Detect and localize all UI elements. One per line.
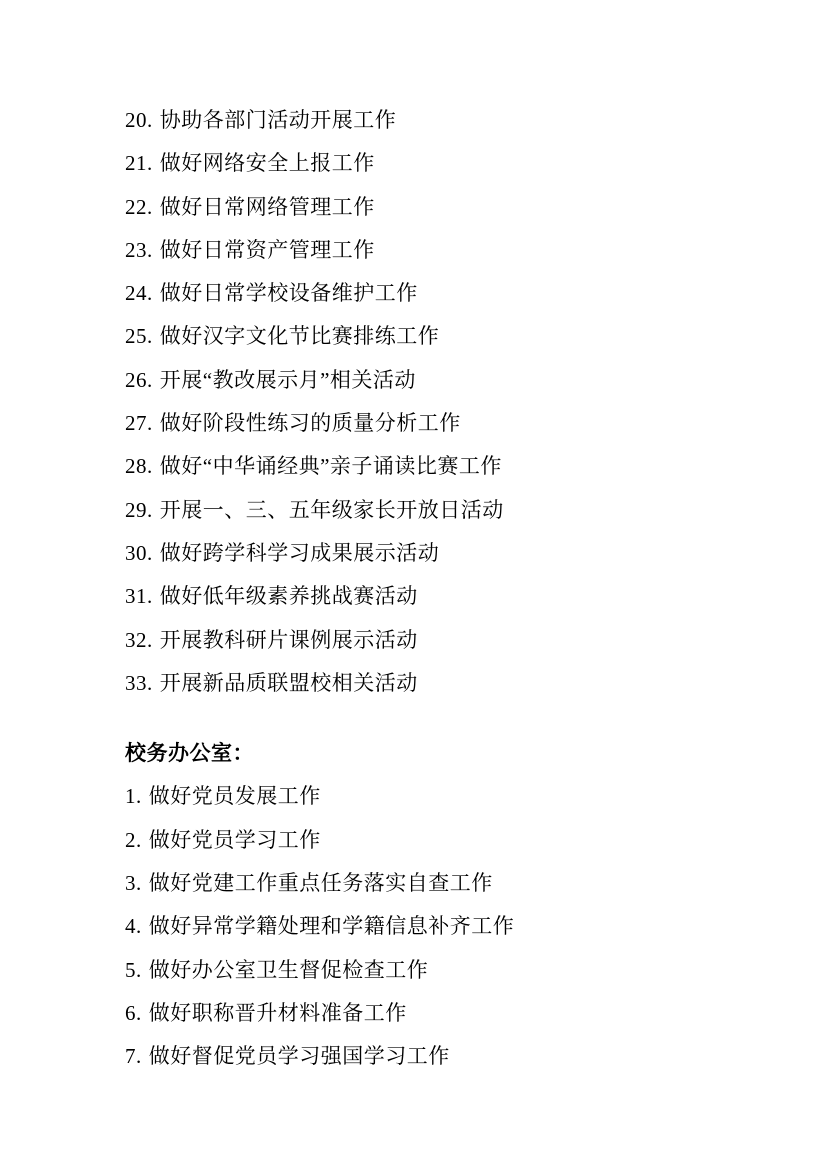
list-item: 22.做好日常网络管理工作 — [125, 186, 715, 229]
list-item-number: 23. — [125, 229, 153, 272]
list-item-text: 做好低年级素养挑战赛活动 — [160, 584, 418, 608]
list-item: 27.做好阶段性练习的质量分析工作 — [125, 402, 715, 445]
list-item-number: 33. — [125, 662, 153, 705]
list-item-number: 5. — [125, 949, 142, 992]
list-item-number: 22. — [125, 186, 153, 229]
list-item: 31.做好低年级素养挑战赛活动 — [125, 575, 715, 618]
list-item: 29.开展一、三、五年级家长开放日活动 — [125, 489, 715, 532]
document-body: 20.协助各部门活动开展工作 21.做好网络安全上报工作 22.做好日常网络管理… — [125, 99, 715, 1079]
list-item-text: 做好异常学籍处理和学籍信息补齐工作 — [149, 914, 515, 938]
list-item-number: 20. — [125, 99, 153, 142]
list-item-text: 做好网络安全上报工作 — [160, 151, 375, 175]
list-item-text: 做好汉字文化节比赛排练工作 — [160, 324, 440, 348]
list-item-text: 做好“中华诵经典”亲子诵读比赛工作 — [160, 454, 502, 478]
list-item-text: 做好日常资产管理工作 — [160, 238, 375, 262]
list-item-text: 协助各部门活动开展工作 — [160, 108, 397, 132]
list-item: 28.做好“中华诵经典”亲子诵读比赛工作 — [125, 445, 715, 488]
document-page: 20.协助各部门活动开展工作 21.做好网络安全上报工作 22.做好日常网络管理… — [0, 0, 827, 1170]
list-item: 7.做好督促党员学习强国学习工作 — [125, 1035, 715, 1078]
list-item-number: 1. — [125, 775, 142, 818]
list-item: 2.做好党员学习工作 — [125, 819, 715, 862]
list-item: 25.做好汉字文化节比赛排练工作 — [125, 315, 715, 358]
list-item-number: 25. — [125, 315, 153, 358]
list-item-text: 做好办公室卫生督促检查工作 — [149, 958, 429, 982]
section-heading-office: 校务办公室： — [125, 732, 715, 775]
list-item-text: 做好党员学习工作 — [149, 828, 321, 852]
list-item: 3.做好党建工作重点任务落实自查工作 — [125, 862, 715, 905]
list-item-number: 27. — [125, 402, 153, 445]
list-item-text: 做好日常网络管理工作 — [160, 195, 375, 219]
list-item-text: 做好党员发展工作 — [149, 784, 321, 808]
list-item-number: 24. — [125, 272, 153, 315]
list-item-number: 30. — [125, 532, 153, 575]
list-item-text: 做好督促党员学习强国学习工作 — [149, 1044, 450, 1068]
list-item: 6.做好职称晋升材料准备工作 — [125, 992, 715, 1035]
list-item: 1.做好党员发展工作 — [125, 775, 715, 818]
list-item-text: 做好日常学校设备维护工作 — [160, 281, 418, 305]
list-item-text: 开展“教改展示月”相关活动 — [160, 368, 416, 392]
list-item-text: 做好跨学科学习成果展示活动 — [160, 541, 440, 565]
list-item-number: 7. — [125, 1035, 142, 1078]
list-item-number: 6. — [125, 992, 142, 1035]
list-item-number: 29. — [125, 489, 153, 532]
list-item-text: 开展新品质联盟校相关活动 — [160, 671, 418, 695]
list-item-text: 做好阶段性练习的质量分析工作 — [160, 411, 461, 435]
list-item: 21.做好网络安全上报工作 — [125, 142, 715, 185]
list-item-number: 4. — [125, 905, 142, 948]
list-item: 30.做好跨学科学习成果展示活动 — [125, 532, 715, 575]
list-item-number: 31. — [125, 575, 153, 618]
list-item: 26.开展“教改展示月”相关活动 — [125, 359, 715, 402]
list-item-number: 28. — [125, 445, 153, 488]
list-item-number: 21. — [125, 142, 153, 185]
list-item: 32.开展教科研片课例展示活动 — [125, 619, 715, 662]
list-item-number: 32. — [125, 619, 153, 662]
list-item-number: 2. — [125, 819, 142, 862]
section-gap — [125, 705, 715, 732]
list-item: 24.做好日常学校设备维护工作 — [125, 272, 715, 315]
list-item: 5.做好办公室卫生督促检查工作 — [125, 949, 715, 992]
list-item: 4.做好异常学籍处理和学籍信息补齐工作 — [125, 905, 715, 948]
list-item-text: 开展教科研片课例展示活动 — [160, 628, 418, 652]
list-item-text: 做好职称晋升材料准备工作 — [149, 1001, 407, 1025]
list-item: 23.做好日常资产管理工作 — [125, 229, 715, 272]
list-item: 33.开展新品质联盟校相关活动 — [125, 662, 715, 705]
list-item-text: 开展一、三、五年级家长开放日活动 — [160, 498, 504, 522]
list-item: 20.协助各部门活动开展工作 — [125, 99, 715, 142]
list-item-number: 26. — [125, 359, 153, 402]
list-item-number: 3. — [125, 862, 142, 905]
list-item-text: 做好党建工作重点任务落实自查工作 — [149, 871, 493, 895]
